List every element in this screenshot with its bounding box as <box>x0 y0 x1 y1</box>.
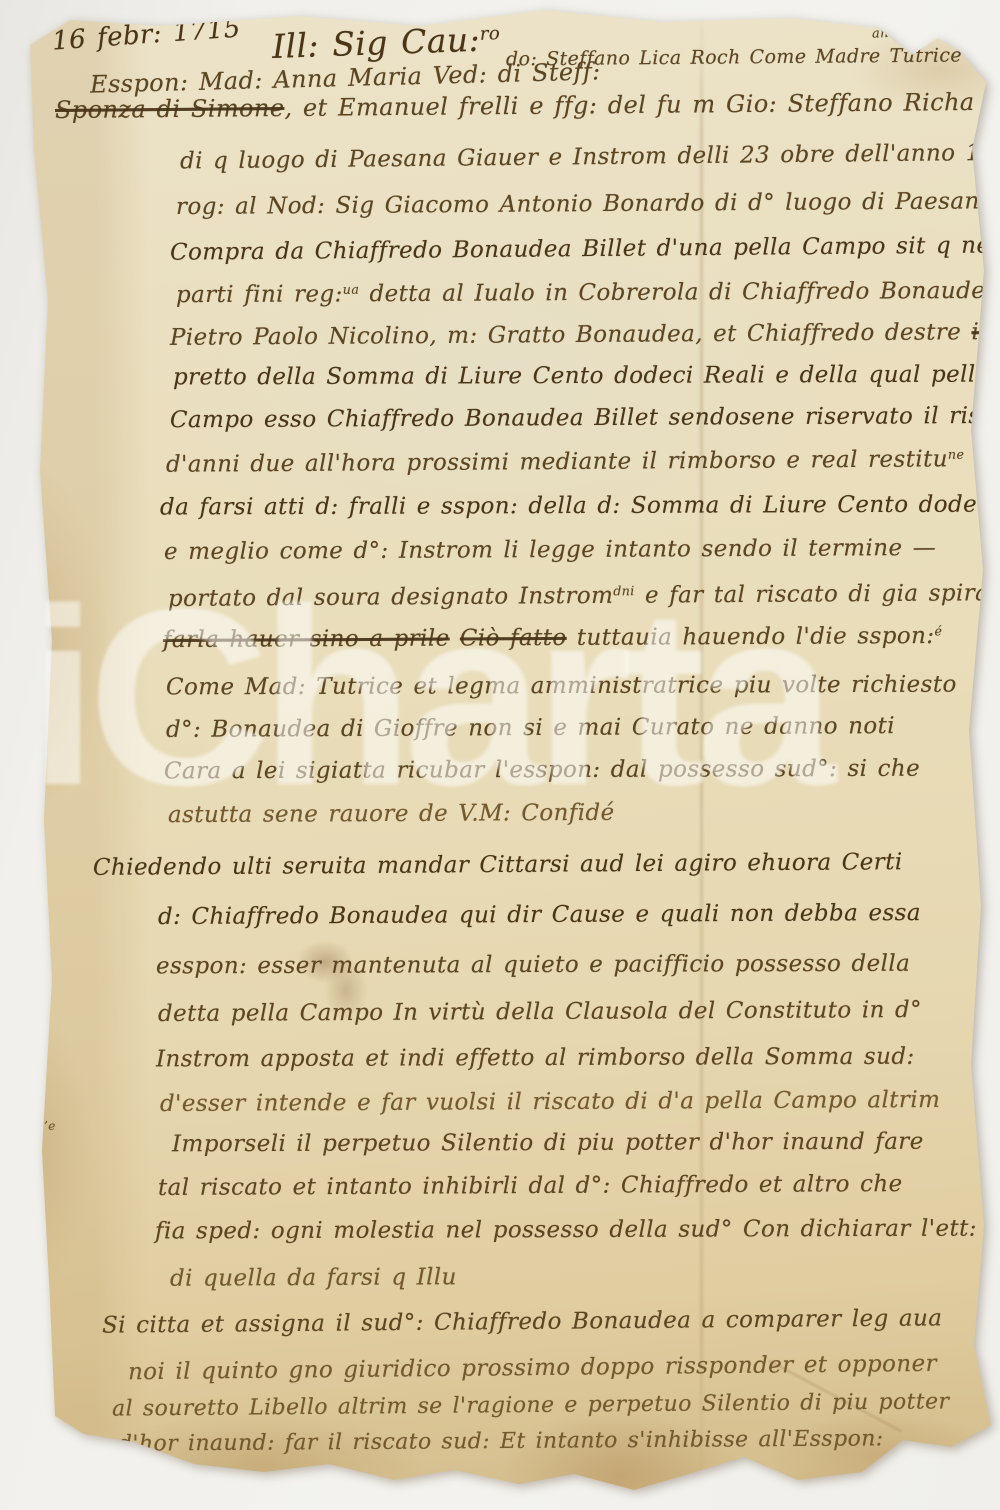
text-segment: fia sped: ogni molestia nel possesso del… <box>155 1216 977 1245</box>
text-segment: é <box>934 623 942 638</box>
text-segment: detta pella Campo In virtù della Clausol… <box>158 997 922 1027</box>
manuscript-line: di quella da farsi q Illu <box>170 1266 457 1291</box>
struck-text-segment: il <box>971 319 987 345</box>
paper-sheet-wrap: 16 febr: 1715te.annoIll: Sig Cau:rodo: S… <box>0 0 1000 1510</box>
text-segment: Ill: Sig Cau: <box>271 20 480 66</box>
text-segment: astutta sene rauore de V.M: Confidé <box>168 800 615 828</box>
manuscript-line: pretto della Somma di Liure Cento dodeci… <box>173 364 990 390</box>
text-segment: Instrom apposta et indi effetto al rimbo… <box>156 1044 915 1073</box>
text-segment: dni <box>613 583 635 598</box>
text-segment: Come Mad: Tutrice et legma amministratri… <box>166 672 957 701</box>
manuscript-line: esspon: esser mantenuta al quieto e paci… <box>156 953 910 979</box>
manuscript-line: noi il quinto gno giuridico prossimo dop… <box>128 1353 937 1384</box>
manuscript-line: ’e <box>44 1120 56 1132</box>
text-segment: d'anni due all'hora prossimi mediante il… <box>166 446 948 477</box>
manuscript-line: d'anni due all'hora prossimi mediante il… <box>166 448 964 477</box>
manuscript-line: Cara a lei sigiatta ricubar l'esspon: da… <box>164 758 920 784</box>
manuscript-line: fia sped: ogni molestia nel possesso del… <box>155 1218 977 1244</box>
manuscript-line: anno <box>872 26 906 40</box>
manuscript-line: Compra da Chiaffredo Bonaudea Billet d'u… <box>170 234 1000 264</box>
text-segment: d°: Bonaudea di Gioffre non si e mai Cur… <box>166 713 895 743</box>
text-segment: Imporseli il perpetuo Silentio di piu po… <box>172 1129 924 1158</box>
text-segment: parti fini reg: <box>176 281 343 308</box>
manuscript-line: Ill: Sig Cau:ro <box>271 22 500 63</box>
text-segment: rog: al Nod: Sig Giacomo Antonio Bonardo… <box>176 188 1000 220</box>
struck-text-segment: farla hauer sino a prile <box>163 626 450 654</box>
manuscript-line: Instrom apposta et indi effetto al rimbo… <box>156 1046 915 1072</box>
text-segment: di quella da farsi q Illu <box>170 1264 457 1292</box>
manuscript-line: Campo esso Chiaffredo Bonaudea Billet se… <box>170 405 1000 433</box>
manuscript-paper: 16 febr: 1715te.annoIll: Sig Cau:rodo: S… <box>0 0 1000 1510</box>
manuscript-line: Si citta et assigna il sud°: Chiaffredo … <box>102 1307 943 1337</box>
manuscript-line: d'hor inaund: far il riscato sud: Et int… <box>118 1428 884 1455</box>
manuscript-line: d'esser intende e far vuolsi il riscato … <box>160 1089 940 1116</box>
text-segment: ua <box>343 282 360 297</box>
struck-text-segment: Ciò fatto <box>460 625 567 652</box>
manuscript-line: Come Mad: Tutrice et legma amministratri… <box>166 674 957 700</box>
text-segment: da farsi atti d: fralli e sspon: della d… <box>160 492 998 521</box>
text-segment: te. <box>948 13 965 27</box>
text-segment: ro <box>479 23 500 45</box>
text-segment: ne <box>948 447 965 462</box>
text-segment: di q luogo di Paesana Giauer e Instrom d… <box>180 140 1000 175</box>
text-segment: Campo esso Chiaffredo Bonaudea Billet se… <box>170 403 1000 434</box>
text-segment: pretto della Somma di Liure Cento dodeci… <box>173 362 990 391</box>
manuscript-line: Imporseli il perpetuo Silentio di piu po… <box>172 1131 924 1157</box>
text-segment: al souretto Libello altrim se l'ragione … <box>112 1389 950 1421</box>
text-segment: Cara a lei sigiatta ricubar l'esspon: da… <box>164 756 920 785</box>
text-segment: esspon: esser mantenuta al quieto e paci… <box>156 951 910 980</box>
text-segment: Chiedendo ulti seruita mandar Cittarsi a… <box>93 849 903 881</box>
manuscript-line: tal riscato et intanto inhibirli dal d°:… <box>158 1173 903 1200</box>
manuscript-line: al souretto Libello altrim se l'ragione … <box>112 1391 950 1420</box>
manuscript-line: di q luogo di Paesana Giauer e Instrom d… <box>180 142 1000 174</box>
manuscript-line: Sponza di Simone, et Emanuel frelli e ff… <box>55 90 975 122</box>
text-segment: Pietro Paolo Nicolino, m: Gratto Bonaude… <box>170 319 972 351</box>
manuscript-line: Pietro Paolo Nicolino, m: Gratto Bonaude… <box>170 321 987 350</box>
text-segment: Compra da Chiaffredo Bonaudea Billet d'u… <box>170 232 1000 265</box>
manuscript-line: Chiedendo ulti seruita mandar Cittarsi a… <box>93 851 903 880</box>
text-segment: e meglio come d°: Instrom li legge intan… <box>164 535 936 565</box>
text-segment: e far tal riscato di gia spirato <box>635 580 1000 609</box>
text-segment: tuttauia hauendo l'die sspon: <box>567 623 935 651</box>
text-segment: anno <box>872 25 906 41</box>
manuscript-line: da farsi atti d: fralli e sspon: della d… <box>160 494 998 520</box>
text-segment: d'esser intende e far vuolsi il riscato … <box>160 1087 940 1117</box>
text-segment: detta al Iualo in Cobrerola di Chiaffred… <box>359 278 999 307</box>
struck-text-segment: Sponza di Simone <box>55 94 285 124</box>
text-segment: tal riscato et intanto inhibirli dal d°:… <box>158 1171 903 1201</box>
manuscript-line: d°: Bonaudea di Gioffre non si e mai Cur… <box>166 715 895 742</box>
text-segment: Si citta et assigna il sud°: Chiaffredo … <box>102 1305 943 1338</box>
manuscript-line: te. <box>948 14 965 26</box>
manuscript-line: 16 febr: 1715 <box>51 15 241 54</box>
text-segment: ’e <box>44 1119 56 1133</box>
text-segment <box>450 625 460 651</box>
manuscript-scan: 16 febr: 1715te.annoIll: Sig Cau:rodo: S… <box>0 0 1000 1510</box>
manuscript-line: parti fini reg:ua detta al Iualo in Cobr… <box>176 280 999 307</box>
text-segment: portato dal soura designato Instrom <box>168 583 613 612</box>
manuscript-line: d: Chiaffredo Bonaudea qui dir Cause e q… <box>158 902 921 929</box>
text-segment: , et Emanuel frelli e ffg: del fu m Gio:… <box>284 88 974 122</box>
manuscript-line: e meglio come d°: Instrom li legge intan… <box>164 537 936 564</box>
manuscript-line: portato dal soura designato Instromdni e… <box>168 582 1000 611</box>
text-segment: 16 febr: 1715 <box>51 13 241 56</box>
manuscript-line: farla hauer sino a prile Ciò fatto tutta… <box>163 625 942 652</box>
text-segment: noi il quinto gno giuridico prossimo dop… <box>128 1351 937 1385</box>
manuscript-line: detta pella Campo In virtù della Clausol… <box>158 999 922 1026</box>
text-segment: d: Chiaffredo Bonaudea qui dir Cause e q… <box>158 900 921 930</box>
text-segment: d'hor inaund: far il riscato sud: Et int… <box>118 1426 884 1456</box>
manuscript-line: rog: al Nod: Sig Giacomo Antonio Bonardo… <box>176 190 1000 219</box>
manuscript-line: astutta sene rauore de V.M: Confidé <box>168 802 615 827</box>
